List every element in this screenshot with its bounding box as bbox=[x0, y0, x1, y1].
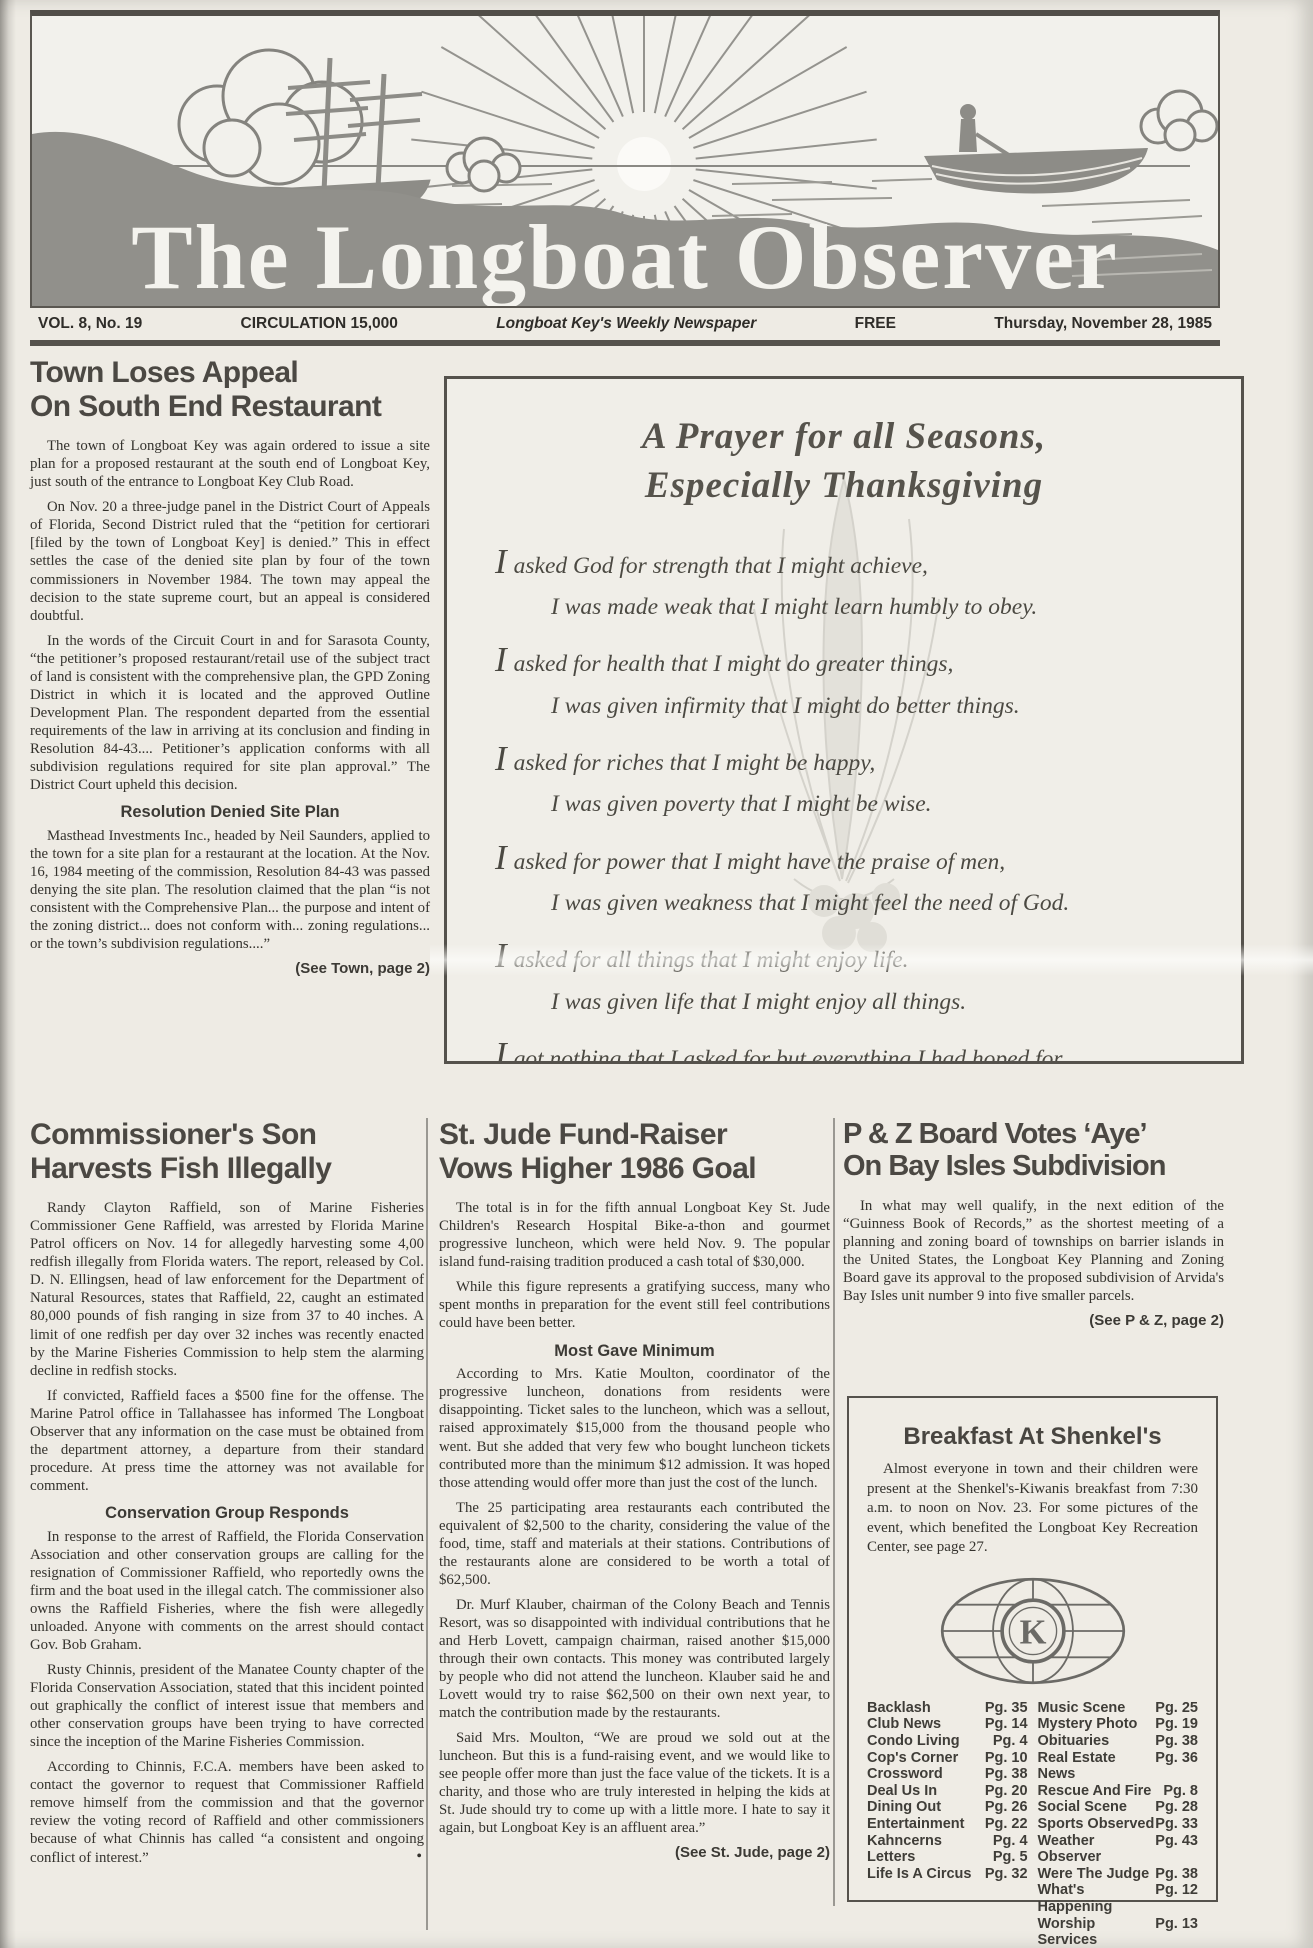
index-entry-page: Pg. 38 bbox=[1155, 1866, 1198, 1883]
index-entry-label: Dining Out bbox=[867, 1799, 941, 1816]
price: FREE bbox=[855, 315, 896, 334]
article-subhead: Resolution Denied Site Plan bbox=[30, 803, 430, 823]
index-row: Condo LivingPg. 4 bbox=[867, 1733, 1028, 1750]
index-entry-label: What's Happening bbox=[1037, 1882, 1155, 1915]
article-subhead: Most Gave Minimum bbox=[439, 1342, 830, 1362]
index-entry-page: Pg. 20 bbox=[985, 1783, 1028, 1800]
headline-line: Vows Higher 1986 Goal bbox=[439, 1152, 830, 1186]
box-paragraph: Almost everyone in town and their childr… bbox=[867, 1460, 1198, 1558]
index-entry-label: Were The Judge bbox=[1037, 1866, 1149, 1883]
volume-number: VOL. 8, No. 19 bbox=[38, 315, 142, 334]
index-entry-label: Entertainment bbox=[867, 1816, 965, 1833]
jump-line: (See St. Jude, page 2) bbox=[439, 1844, 830, 1862]
prayer-line-text: asked for power that I might have the pr… bbox=[514, 849, 1005, 875]
index-row: KahncernsPg. 4 bbox=[867, 1833, 1028, 1850]
article-paragraph: Randy Clayton Raffield, son of Marine Fi… bbox=[30, 1199, 424, 1379]
headline-line: Commissioner's Son bbox=[30, 1118, 424, 1152]
index-row: Music ScenePg. 25 bbox=[1037, 1700, 1198, 1717]
index-entry-page: Pg. 4 bbox=[993, 1833, 1028, 1850]
article-paragraph: According to Chinnis, F.C.A. members hav… bbox=[30, 1758, 424, 1866]
prayer-line-text: asked for riches that I might be happy, bbox=[514, 750, 876, 776]
contents-index: BacklashPg. 35 Club NewsPg. 14 Condo Liv… bbox=[867, 1700, 1198, 1948]
index-entry-label: Music Scene bbox=[1037, 1700, 1125, 1717]
headline-line: St. Jude Fund-Raiser bbox=[439, 1118, 830, 1152]
article-commissioners-son: Commissioner's Son Harvests Fish Illegal… bbox=[30, 1118, 424, 1874]
article-paragraph: Masthead Investments Inc., headed by Nei… bbox=[30, 827, 430, 953]
index-row: LettersPg. 5 bbox=[867, 1849, 1028, 1866]
prayer-line: Iasked for riches that I might be happy, bbox=[495, 732, 1193, 786]
prayer-line-text: I was given life that I might enjoy all … bbox=[551, 989, 966, 1015]
index-entry-label: Condo Living bbox=[867, 1733, 960, 1750]
index-row: Sports ObservedPg. 33 bbox=[1037, 1816, 1198, 1833]
prayer-line-text: I was given infirmity that I might do be… bbox=[551, 693, 1020, 719]
index-row: Real Estate NewsPg. 36 bbox=[1037, 1750, 1198, 1783]
headline-line: Harvests Fish Illegally bbox=[30, 1152, 424, 1186]
jump-line: (See Town, page 2) bbox=[30, 960, 430, 978]
article-headline: P & Z Board Votes ‘Aye’ On Bay Isles Sub… bbox=[843, 1118, 1224, 1183]
article-pz-board: P & Z Board Votes ‘Aye’ On Bay Isles Sub… bbox=[843, 1118, 1224, 1330]
index-entry-page: Pg. 8 bbox=[1163, 1783, 1198, 1800]
article-headline: Commissioner's Son Harvests Fish Illegal… bbox=[30, 1118, 424, 1185]
masthead: The Longboat Observer bbox=[30, 10, 1220, 308]
index-entry-label: Social Scene bbox=[1037, 1799, 1126, 1816]
article-paragraph: Rusty Chinnis, president of the Manatee … bbox=[30, 1661, 424, 1751]
index-entry-label: Mystery Photo bbox=[1037, 1716, 1137, 1733]
prayer-line: I was made weak that I might learn humbl… bbox=[495, 589, 1193, 625]
column-rule bbox=[426, 1118, 428, 1930]
index-entry-page: Pg. 35 bbox=[985, 1700, 1028, 1717]
index-entry-label: Rescue And Fire bbox=[1037, 1783, 1151, 1800]
issue-date: Thursday, November 28, 1985 bbox=[994, 315, 1212, 334]
info-bar: VOL. 8, No. 19 CIRCULATION 15,000 Longbo… bbox=[30, 312, 1220, 346]
breakfast-shenkels-box: Breakfast At Shenkel's Almost everyone i… bbox=[847, 1396, 1218, 1902]
prayer-line: Iasked God for strength that I might ach… bbox=[495, 535, 1193, 589]
article-paragraph: According to Mrs. Katie Moulton, coordin… bbox=[439, 1365, 830, 1491]
drop-initial: I bbox=[495, 936, 507, 975]
index-row: Club NewsPg. 14 bbox=[867, 1716, 1028, 1733]
index-row: Mystery PhotoPg. 19 bbox=[1037, 1716, 1198, 1733]
index-entry-page: Pg. 10 bbox=[985, 1750, 1028, 1767]
circulation: CIRCULATION 15,000 bbox=[241, 315, 398, 334]
index-entry-page: Pg. 25 bbox=[1155, 1700, 1198, 1717]
index-entry-label: Kahncerns bbox=[867, 1833, 942, 1850]
article-subhead: Conservation Group Responds bbox=[30, 1504, 424, 1524]
prayer-line-text: asked for all things that I might enjoy … bbox=[514, 947, 909, 973]
headline-line: On Bay Isles Subdivision bbox=[843, 1150, 1224, 1182]
drop-initial: I bbox=[495, 542, 507, 581]
article-headline: Town Loses Appeal On South End Restauran… bbox=[30, 356, 430, 423]
index-row: Deal Us InPg. 20 bbox=[867, 1783, 1028, 1800]
tagline: Longboat Key's Weekly Newspaper bbox=[496, 315, 756, 334]
index-entry-label: Worship Services bbox=[1037, 1916, 1155, 1948]
article-paragraph: If convicted, Raffield faces a $500 fine… bbox=[30, 1387, 424, 1495]
index-entry-page: Pg. 38 bbox=[1155, 1733, 1198, 1750]
index-entry-label: Letters bbox=[867, 1849, 915, 1866]
index-row: BacklashPg. 35 bbox=[867, 1700, 1028, 1717]
index-entry-label: Deal Us In bbox=[867, 1783, 937, 1800]
index-row: What's HappeningPg. 12 bbox=[1037, 1882, 1198, 1915]
article-paragraph: The 25 participating area restaurants ea… bbox=[439, 1499, 830, 1589]
article-paragraph: In what may well qualify, in the next ed… bbox=[843, 1197, 1224, 1305]
index-entry-label: Weather Observer bbox=[1037, 1833, 1155, 1866]
newspaper-title: The Longboat Observer bbox=[32, 209, 1218, 306]
article-paragraph: In the words of the Circuit Court in and… bbox=[30, 632, 430, 794]
index-entry-label: Backlash bbox=[867, 1700, 931, 1717]
prayer-box: A Prayer for all Seasons, Especially Tha… bbox=[444, 376, 1244, 1064]
index-row: EntertainmentPg. 22 bbox=[867, 1816, 1028, 1833]
index-entry-page: Pg. 28 bbox=[1155, 1799, 1198, 1816]
index-entry-page: Pg. 26 bbox=[985, 1799, 1028, 1816]
index-entry-page: Pg. 32 bbox=[985, 1866, 1028, 1883]
index-entry-page: Pg. 38 bbox=[985, 1766, 1028, 1783]
article-paragraph: The total is in for the fifth annual Lon… bbox=[439, 1199, 830, 1271]
prayer-line: I was given infirmity that I might do be… bbox=[495, 688, 1193, 724]
index-entry-page: Pg. 19 bbox=[1155, 1716, 1198, 1733]
article-paragraph: While this figure represents a gratifyin… bbox=[439, 1278, 830, 1332]
prayer-poem: Iasked God for strength that I might ach… bbox=[495, 535, 1193, 1064]
index-row: Cop's CornerPg. 10 bbox=[867, 1750, 1028, 1767]
kiwanis-international-logo: K bbox=[933, 1572, 1133, 1690]
end-bullet: • bbox=[416, 1848, 422, 1866]
article-paragraph: On Nov. 20 a three-judge panel in the Di… bbox=[30, 498, 430, 624]
index-entry-page: Pg. 14 bbox=[985, 1716, 1028, 1733]
prayer-line-text: I was made weak that I might learn humbl… bbox=[551, 594, 1037, 620]
article-headline: St. Jude Fund-Raiser Vows Higher 1986 Go… bbox=[439, 1118, 830, 1185]
index-entry-label: Life Is A Circus bbox=[867, 1866, 971, 1883]
kiwanis-k-letter: K bbox=[1019, 1614, 1046, 1652]
index-entry-page: Pg. 13 bbox=[1155, 1916, 1198, 1948]
index-row: Weather ObserverPg. 43 bbox=[1037, 1833, 1198, 1866]
drop-initial: I bbox=[495, 739, 507, 778]
index-row: Worship ServicesPg. 13 bbox=[1037, 1916, 1198, 1948]
index-entry-page: Pg. 36 bbox=[1155, 1750, 1198, 1783]
article-st-jude-fundraiser: St. Jude Fund-Raiser Vows Higher 1986 Go… bbox=[439, 1118, 830, 1862]
index-entry-label: Cop's Corner bbox=[867, 1750, 958, 1767]
sun-icon bbox=[617, 137, 671, 191]
prayer-line-text: asked God for strength that I might achi… bbox=[514, 553, 928, 579]
index-entry-page: Pg. 12 bbox=[1155, 1882, 1198, 1915]
index-entry-label: Club News bbox=[867, 1716, 941, 1733]
headline-line: Town Loses Appeal bbox=[30, 356, 430, 390]
index-entry-label: Obituaries bbox=[1037, 1733, 1109, 1750]
index-entry-page: Pg. 33 bbox=[1155, 1816, 1198, 1833]
index-row: ObituariesPg. 38 bbox=[1037, 1733, 1198, 1750]
prayer-title-line: A Prayer for all Seasons, bbox=[495, 413, 1193, 462]
prayer-line-text: got nothing that I asked for but everyth… bbox=[514, 1046, 1066, 1064]
prayer-title: A Prayer for all Seasons, Especially Tha… bbox=[495, 413, 1193, 511]
box-title: Breakfast At Shenkel's bbox=[867, 1424, 1198, 1450]
headline-line: P & Z Board Votes ‘Aye’ bbox=[843, 1118, 1224, 1150]
column-rule bbox=[833, 1118, 835, 1906]
index-entry-label: Real Estate News bbox=[1037, 1750, 1155, 1783]
prayer-line: I was given weakness that I might feel t… bbox=[495, 885, 1193, 921]
index-entry-label: Sports Observed bbox=[1037, 1816, 1154, 1833]
prayer-line: Iasked for power that I might have the p… bbox=[495, 831, 1193, 885]
index-column-right: Music ScenePg. 25 Mystery PhotoPg. 19 Ob… bbox=[1037, 1700, 1198, 1948]
index-entry-label: Crossword bbox=[867, 1766, 943, 1783]
prayer-title-line: Especially Thanksgiving bbox=[495, 462, 1193, 511]
article-paragraph: In response to the arrest of Raffield, t… bbox=[30, 1528, 424, 1654]
index-entry-page: Pg. 4 bbox=[993, 1733, 1028, 1750]
article-paragraph: Said Mrs. Moulton, “We are proud we sold… bbox=[439, 1729, 830, 1837]
headline-line: On South End Restaurant bbox=[30, 390, 430, 424]
article-paragraph: The town of Longboat Key was again order… bbox=[30, 437, 430, 491]
prayer-line-text: I was given weakness that I might feel t… bbox=[551, 890, 1069, 916]
index-row: Rescue And FirePg. 8 bbox=[1037, 1783, 1198, 1800]
prayer-line: Iasked for health that I might do greate… bbox=[495, 633, 1193, 687]
article-town-loses-appeal: Town Loses Appeal On South End Restauran… bbox=[30, 356, 430, 978]
index-row: Were The JudgePg. 38 bbox=[1037, 1866, 1198, 1883]
prayer-line-text: I was given poverty that I might be wise… bbox=[551, 791, 932, 817]
index-row: Dining OutPg. 26 bbox=[867, 1799, 1028, 1816]
prayer-line: I was given life that I might enjoy all … bbox=[495, 984, 1193, 1020]
index-row: Life Is A CircusPg. 32 bbox=[867, 1866, 1028, 1883]
index-entry-page: Pg. 5 bbox=[993, 1849, 1028, 1866]
jump-line: (See P & Z, page 2) bbox=[843, 1312, 1224, 1330]
newspaper-front-page: The Longboat Observer VOL. 8, No. 19 CIR… bbox=[0, 0, 1313, 1948]
drop-initial: I bbox=[495, 1035, 507, 1064]
prayer-line: I was given poverty that I might be wise… bbox=[495, 786, 1193, 822]
prayer-line-text: asked for health that I might do greater… bbox=[514, 651, 954, 677]
index-row: CrosswordPg. 38 bbox=[867, 1766, 1028, 1783]
scan-edge-shadow bbox=[0, 0, 16, 1948]
article-paragraph-wrap: According to Chinnis, F.C.A. members hav… bbox=[30, 1758, 424, 1866]
prayer-line: Igot nothing that I asked for but everyt… bbox=[495, 1028, 1193, 1064]
index-entry-page: Pg. 43 bbox=[1155, 1833, 1198, 1866]
drop-initial: I bbox=[495, 838, 507, 877]
index-column-left: BacklashPg. 35 Club NewsPg. 14 Condo Liv… bbox=[867, 1700, 1028, 1948]
index-row: Social ScenePg. 28 bbox=[1037, 1799, 1198, 1816]
article-paragraph: Dr. Murf Klauber, chairman of the Colony… bbox=[439, 1596, 830, 1722]
drop-initial: I bbox=[495, 640, 507, 679]
index-entry-page: Pg. 22 bbox=[985, 1816, 1028, 1833]
prayer-line: Iasked for all things that I might enjoy… bbox=[495, 929, 1193, 983]
